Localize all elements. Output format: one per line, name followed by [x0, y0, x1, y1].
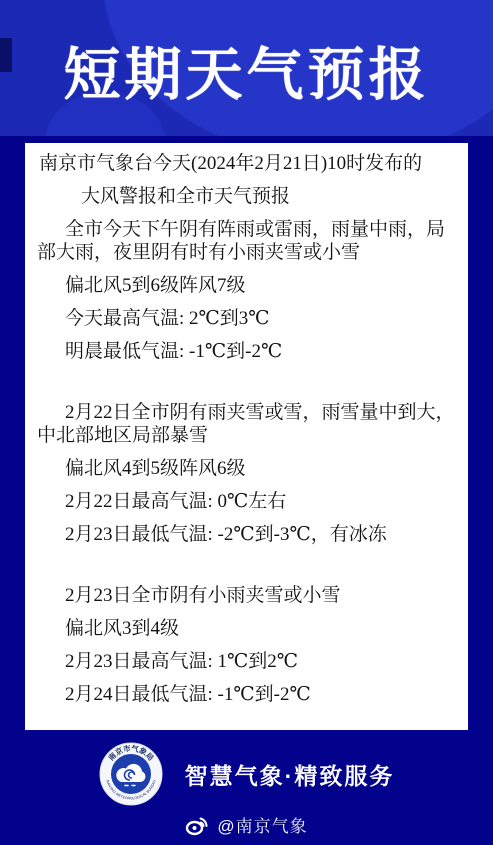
bulletin-feb23-low-temp: 2月23日最低气温: -2℃到-3℃，有冰冻: [37, 523, 456, 546]
bulletin-feb22-high-temp: 2月22日最高气温: 0℃左右: [37, 490, 456, 513]
bulletin-today-high-temp: 今天最高气温: 2℃到3℃: [37, 307, 456, 330]
bulletin-feb23-wind: 偏北风3到4级: [37, 617, 456, 640]
weibo-icon: [185, 813, 209, 837]
footer: 南京市气象局 NANJING METEOROLOGICAL BUREAU 智慧气…: [0, 742, 493, 806]
nanjing-meteorological-bureau-logo-icon: 南京市气象局 NANJING METEOROLOGICAL BUREAU: [99, 742, 163, 806]
forecast-bulletin: 南京市气象台今天(2024年2月21日)10时发布的 大风警报和全市天气预报 全…: [25, 143, 468, 730]
weibo-handle: @南京气象: [217, 812, 307, 837]
bulletin-today-forecast: 全市今天下午阴有阵雨或雷雨，雨量中雨，局部大雨，夜里阴有时有小雨夹雪或小雪: [37, 218, 456, 264]
bulletin-feb22-forecast: 2月22日全市阴有雨夹雪或雪，雨雪量中到大，中北部地区局部暴雪: [37, 401, 456, 447]
bulletin-feb24-low-temp: 2月24日最低气温: -1℃到-2℃: [37, 683, 456, 706]
page-title: 短期天气预报: [0, 40, 493, 112]
bulletin-issue-line: 南京市气象台今天(2024年2月21日)10时发布的: [37, 152, 456, 175]
bulletin-warning-title: 大风警报和全市天气预报: [37, 185, 456, 208]
footer-slogan: 智慧气象·精致服务: [185, 758, 395, 791]
bulletin-feb23-forecast: 2月23日全市阴有小雨夹雪或小雪: [37, 584, 456, 607]
bulletin-feb22-wind: 偏北风4到5级阵风6级: [37, 457, 456, 480]
bulletin-today-wind: 偏北风5到6级阵风7级: [37, 274, 456, 297]
weibo-attribution: @南京气象: [0, 812, 493, 837]
weather-forecast-poster: 短期天气预报 南京市气象台今天(2024年2月21日)10时发布的 大风警报和全…: [0, 0, 493, 845]
bulletin-tomorrow-low-temp: 明晨最低气温: -1℃到-2℃: [37, 340, 456, 363]
bulletin-feb23-high-temp: 2月23日最高气温: 1℃到2℃: [37, 650, 456, 673]
